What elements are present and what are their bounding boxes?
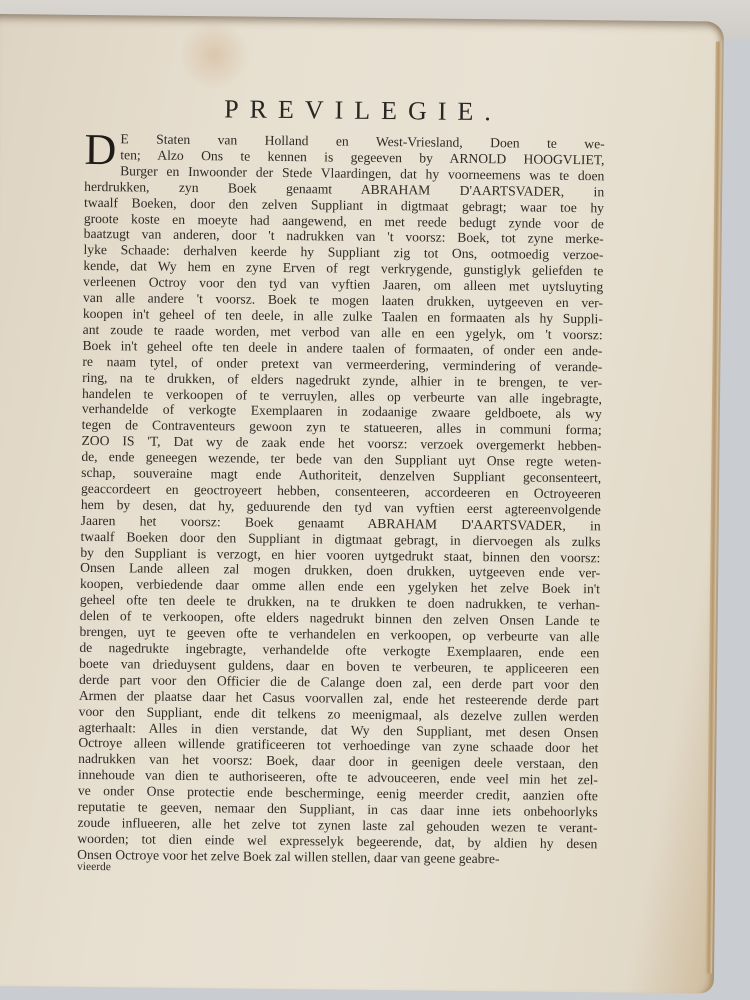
page-edge: [706, 41, 722, 973]
drop-cap: D: [84, 133, 116, 167]
document-body: D E Staten van Holland en West-Vriesland…: [77, 131, 605, 878]
book-page: PREVILEGIE. D E Staten van Holland en We…: [0, 14, 724, 994]
page-stain: [179, 20, 250, 91]
page-title: PREVILEGIE.: [121, 93, 605, 128]
privilege-text: PREVILEGIE. D E Staten van Holland en We…: [77, 93, 605, 878]
